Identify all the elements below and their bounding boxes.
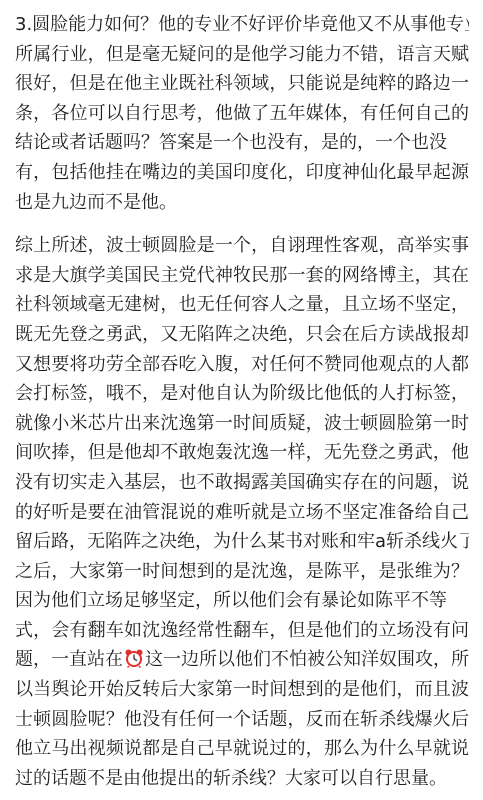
- text-line: 既无先登之勇武，又无陷阵之决绝，只会在后方读战报却: [15, 320, 469, 350]
- text-line: 留后路，无陷阵之决绝，为什么某书对账和牢a斩杀线火了: [15, 527, 469, 557]
- text-line: 社科领域毫无建树，也无任何容人之量，且立场不坚定，: [15, 290, 469, 320]
- text-line: 综上所述，波士顿圆脸是一个，自诩理性客观，高举实事: [15, 231, 469, 261]
- text-line: 没有切实走入基层，也不敢揭露美国确实存在的问题，说: [15, 468, 469, 498]
- text-line: 过的话题不是由他提出的斩杀线？大家可以自行思量。: [15, 764, 469, 794]
- text-line: 间吹捧，但是他却不敢炮轰沈逸一样，无先登之勇武，他: [15, 438, 469, 468]
- text-line: 士顿圆脸呢？他没有任何一个话题，反而在斩杀线爆火后: [15, 705, 469, 735]
- text-segment: 题，一直站在: [15, 649, 123, 670]
- text-line: 又想要将功劳全部吞吃入腹，对任何不赞同他观点的人都: [15, 350, 469, 380]
- alarm-clock-icon: [124, 648, 144, 668]
- text-line: 很好，但是在他主业既社科领域，只能说是纯粹的路边一: [15, 69, 469, 99]
- paragraph-2: 综上所述，波士顿圆脸是一个，自诩理性客观，高举实事 求是大旗学美国民主党代神牧民…: [15, 231, 469, 793]
- text-line-with-emoji: 题，一直站在 这一边所以他们不怕被公知洋奴围攻，所: [15, 645, 469, 675]
- text-line: 结论或者话题吗？答案是一个也没有，是的，一个也没: [15, 128, 469, 158]
- text-line: 就像小米芯片出来沈逸第一时间质疑，波士顿圆脸第一时: [15, 409, 469, 439]
- text-line: 他立马出视频说都是自己早就说过的，那么为什么早就说: [15, 734, 469, 764]
- text-line: 所属行业，但是毫无疑问的是他学习能力不错，语言天赋: [15, 40, 469, 70]
- text-line: 也是九边而不是他。: [15, 188, 469, 218]
- text-line: 有，包括他挂在嘴边的美国印度化，印度神仙化最早起源: [15, 158, 469, 188]
- text-line: 式，会有翻车如沈逸经常性翻车，但是他们的立场没有问: [15, 616, 469, 646]
- text-line: 之后，大家第一时间想到的是沈逸，是陈平，是张维为？: [15, 557, 469, 587]
- text-line: 以当舆论开始反转后大家第一时间想到的是他们，而且波: [15, 675, 469, 705]
- document-body: 3.圆脸能力如何？他的专业不好评价毕竟他又不从事他专业 所属行业，但是毫无疑问的…: [15, 10, 469, 800]
- text-segment: 这一边所以他们不怕被公知洋奴围攻，所: [145, 649, 469, 670]
- text-line: 会打标签，哦不，是对他自认为阶级比他低的人打标签，: [15, 379, 469, 409]
- text-line: 因为他们立场足够坚定，所以他们会有暴论如陈平不等: [15, 586, 469, 616]
- text-line: 条，各位可以自行思考，他做了五年媒体，有任何自己的: [15, 99, 469, 129]
- text-line: 的好听是要在油管混说的难听就是立场不坚定准备给自己: [15, 498, 469, 528]
- text-line: 求是大旗学美国民主党代神牧民那一套的网络博主，其在: [15, 261, 469, 291]
- paragraph-1: 3.圆脸能力如何？他的专业不好评价毕竟他又不从事他专业 所属行业，但是毫无疑问的…: [15, 10, 469, 217]
- text-line: 3.圆脸能力如何？他的专业不好评价毕竟他又不从事他专业: [15, 10, 469, 40]
